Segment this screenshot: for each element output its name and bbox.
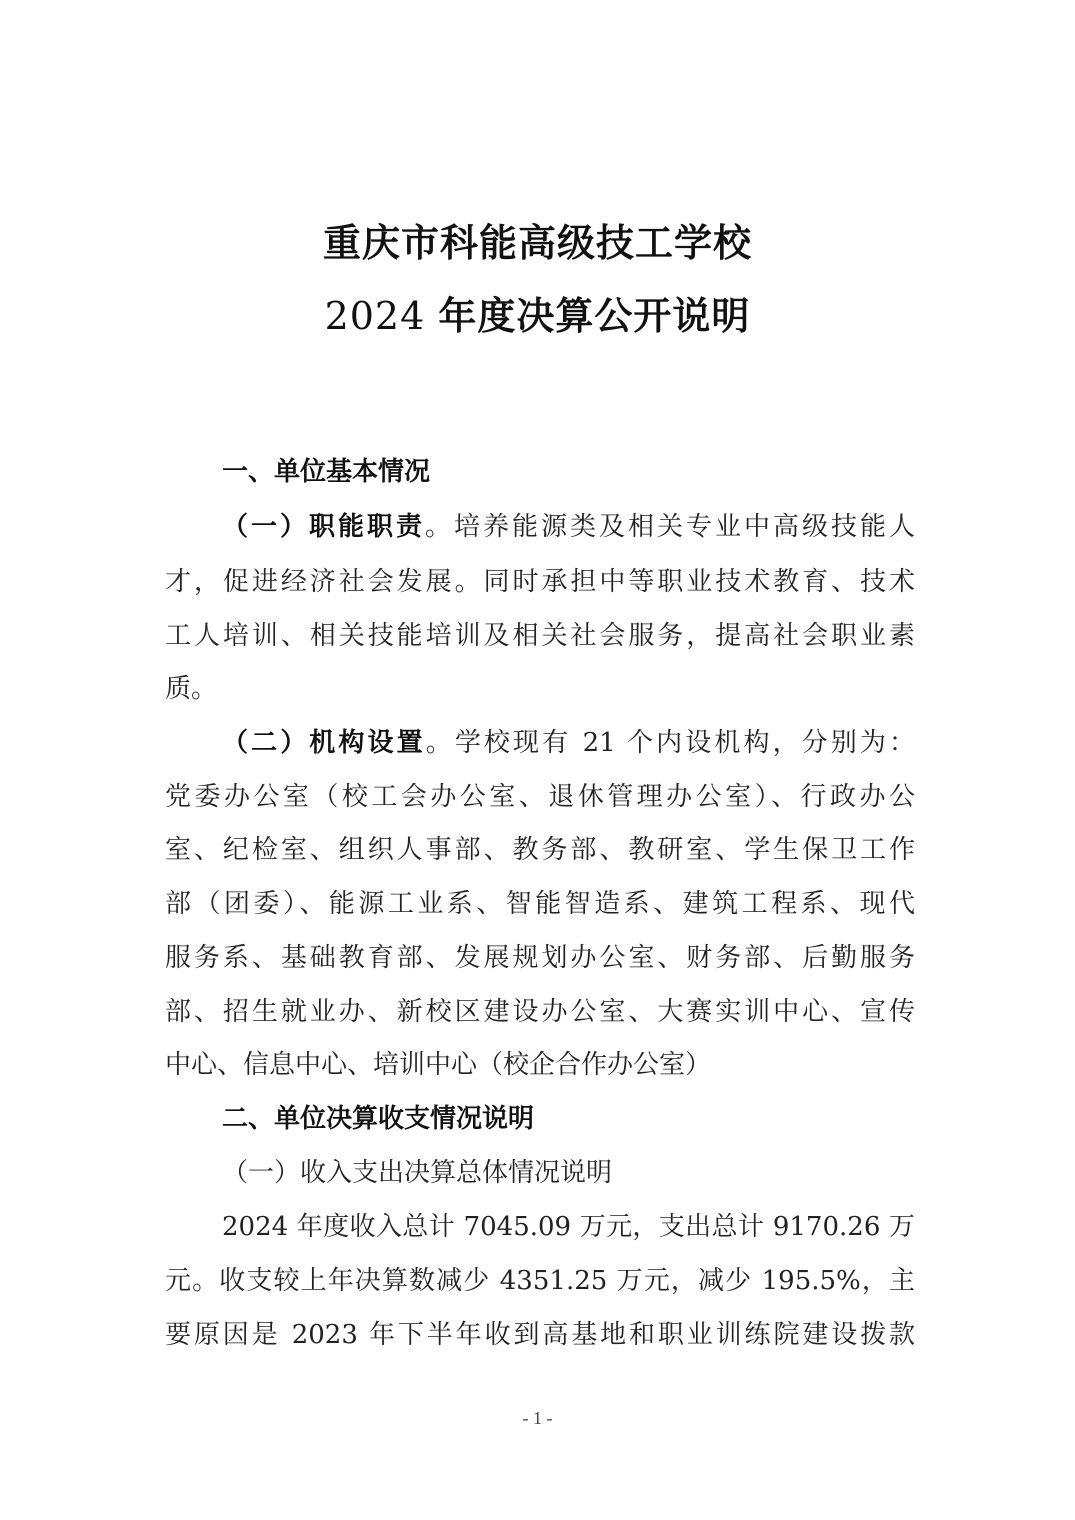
paragraph-line: 部（团委）、能源工业系、智能智造系、建筑工程系、现代 <box>165 883 915 920</box>
paragraph-line: 2024 年度收入总计 7045.09 万元，支出总计 9170.26 万 <box>222 1206 915 1243</box>
document-title-line2: 2024 年度决算公开说明 <box>0 285 1075 340</box>
title-year: 2024 <box>325 294 426 338</box>
paragraph-line: 质。 <box>165 668 915 705</box>
paragraph-line: （二）机构设置。学校现有 21 个内设机构，分别为： <box>222 722 915 759</box>
paragraph-line: 工人培训、相关技能培训及相关社会服务，提高社会职业素 <box>165 615 915 652</box>
title-rest: 年度决算公开说明 <box>438 293 750 338</box>
paragraph-line: 元。收支较上年决算数减少 4351.25 万元，减少 195.5%，主 <box>165 1260 915 1297</box>
section1-heading: 一、单位基本情况 <box>222 451 430 488</box>
section2-heading: 二、单位决算收支情况说明 <box>222 1098 534 1135</box>
paragraph-line: 服务系、基础教育部、发展规划办公室、财务部、后勤服务 <box>165 937 915 974</box>
document-title-line1: 重庆市科能高级技工学校 <box>0 212 1075 267</box>
paragraph-line: 中心、信息中心、培训中心（校企合作办公室） <box>165 1044 915 1081</box>
paragraph-line: 室、纪检室、组织人事部、教务部、教研室、学生保卫工作 <box>165 829 915 866</box>
section2-sub1-heading: （一）收入支出决算总体情况说明 <box>222 1152 612 1189</box>
sub-label: （一）职能职责 <box>222 512 425 542</box>
paragraph-line: 才，促进经济社会发展。同时承担中等职业技术教育、技术 <box>165 561 915 598</box>
page-number: - 1 - <box>0 1408 1075 1429</box>
paragraph-line: 要原因是 2023 年下半年收到高基地和职业训练院建设拨款 <box>165 1314 915 1351</box>
paragraph-line: （一）职能职责。培养能源类及相关专业中高级技能人 <box>222 506 915 543</box>
paragraph-line: 部、招生就业办、新校区建设办公室、大赛实训中心、宣传 <box>165 991 915 1028</box>
paragraph-line: 党委办公室（校工会办公室、退休管理办公室）、行政办公 <box>165 776 915 813</box>
document-page: 重庆市科能高级技工学校 2024 年度决算公开说明 一、单位基本情况 （一）职能… <box>0 0 1075 1520</box>
sub-label: （二）机构设置 <box>222 728 426 758</box>
